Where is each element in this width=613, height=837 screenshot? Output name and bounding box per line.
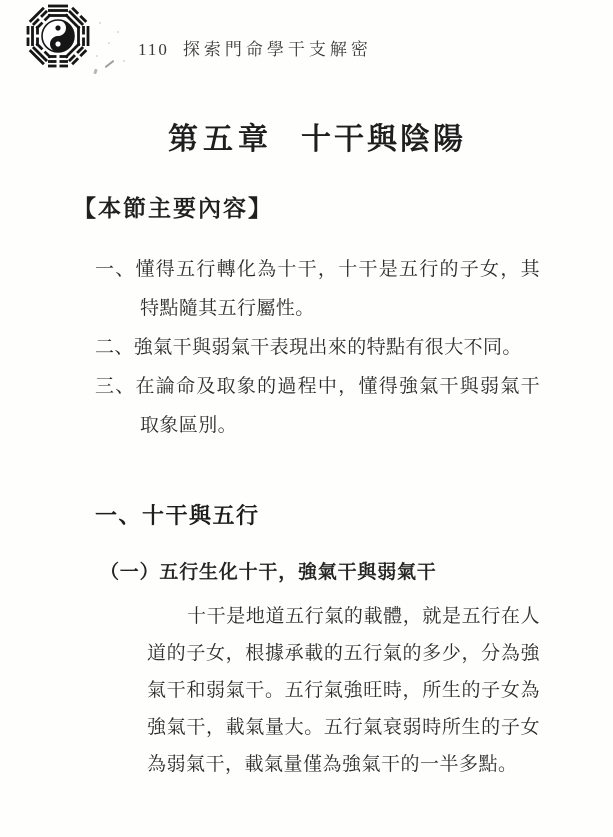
summary-item-1: 一、懂得五行轉化為十干，十干是五行的子女，其特點隨其五行屬性。 — [95, 250, 540, 328]
scan-artifact-mark — [93, 69, 97, 75]
chapter-name: 十干與陰陽 — [301, 118, 466, 162]
summary-item-2: 二、強氣干與弱氣干表現出來的特點有很大不同。 — [95, 328, 540, 367]
summary-item-3: 三、在論命及取象的過程中，懂得強氣干與弱氣干取象區別。 — [95, 367, 540, 445]
body-paragraph: 十干是地道五行氣的載體，就是五行在人道的子女，根據承載的五行氣的多少，分為強氣干… — [147, 598, 540, 783]
chapter-number: 第五章 — [168, 118, 273, 162]
running-head: 110 探索門命學干支解密 — [138, 38, 372, 62]
scan-speck — [117, 31, 119, 33]
book-page: 110 探索門命學干支解密 第五章 十干與陰陽 【本節主要內容】 一、懂得五行轉… — [0, 0, 613, 837]
book-title: 探索門命學干支解密 — [183, 38, 372, 62]
summary-list: 一、懂得五行轉化為十干，十干是五行的子女，其特點隨其五行屬性。 二、強氣干與弱氣… — [95, 250, 540, 445]
section-heading: 一、十干與五行 — [95, 501, 260, 531]
scan-speck — [108, 42, 110, 44]
scan-speck — [96, 55, 98, 57]
summary-heading: 【本節主要內容】 — [73, 192, 273, 224]
subsection-heading: （一）五行生化十干，強氣干與弱氣干 — [100, 559, 437, 587]
scan-artifact-stroke — [105, 60, 115, 68]
scan-speck — [123, 60, 125, 62]
scan-speck — [99, 22, 101, 24]
page-number: 110 — [138, 38, 169, 62]
bagua-taiji-icon — [21, 4, 95, 70]
chapter-title: 第五章 十干與陰陽 — [168, 118, 466, 162]
